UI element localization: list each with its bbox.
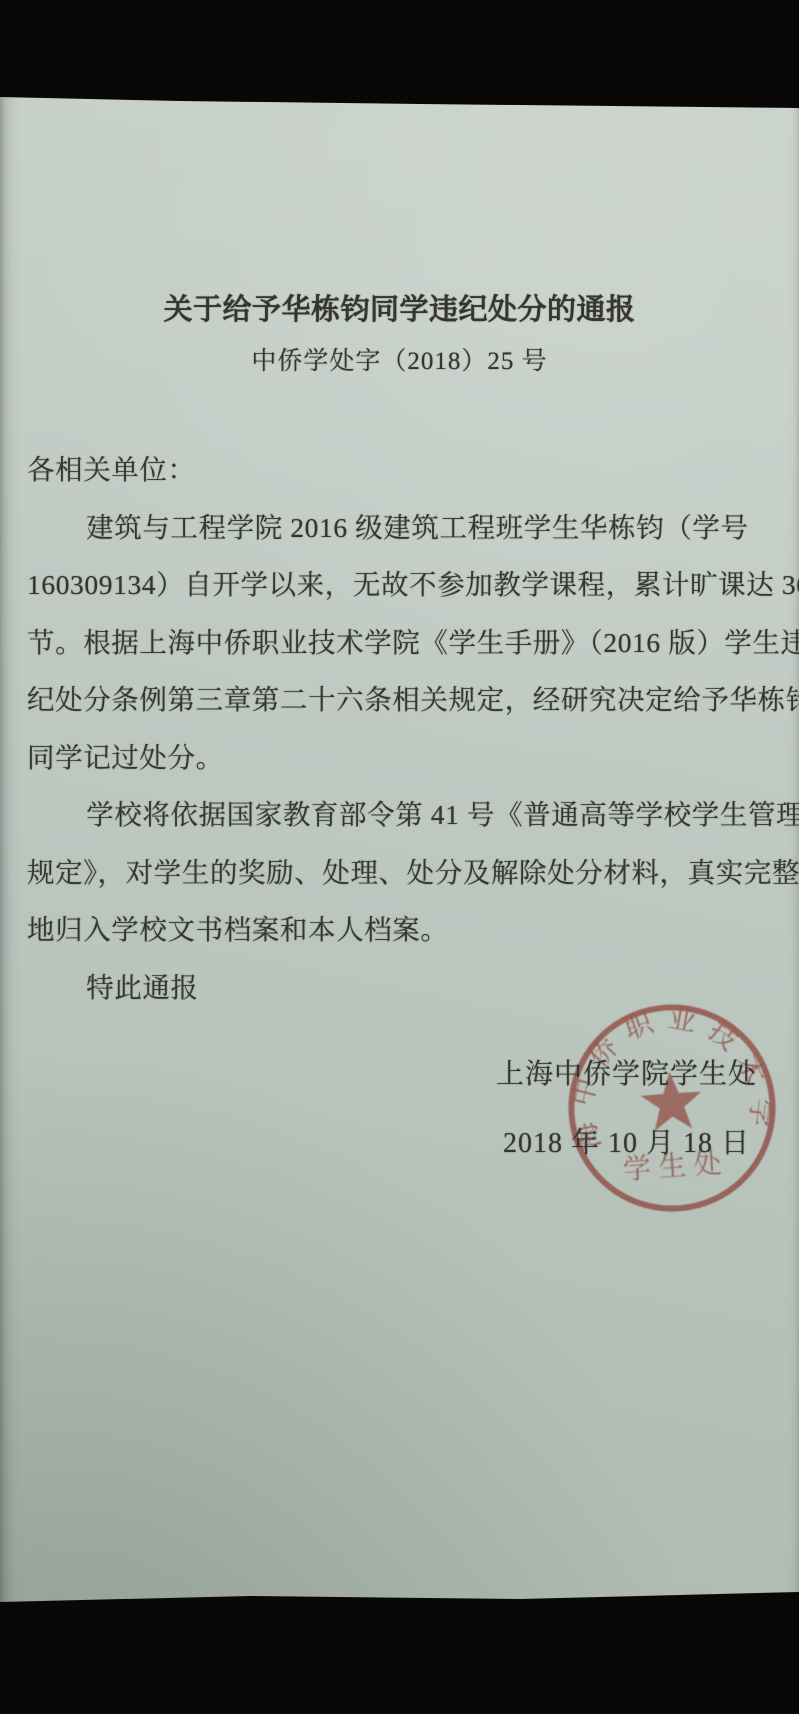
body-line: 纪处分条例第三章第二十六条相关规定，经研究决定给予华栋钧 xyxy=(27,671,773,729)
body-line: 地归入学校文书档案和本人档案。 xyxy=(27,901,773,959)
body-line: 学校将依据国家教育部令第 41 号《普通高等学校学生管理 xyxy=(27,786,773,844)
issuing-department-signature: 上海中侨学院学生处 xyxy=(496,1052,757,1092)
body-line: 节。根据上海中侨职业技术学院《学生手册》（2016 版）学生违 xyxy=(27,614,773,672)
document-paper-sheet: 关于给予华栋钧同学违纪处分的通报 中侨学处字（2018）25 号 各相关单位： … xyxy=(0,0,799,1714)
document-number: 中侨学处字（2018）25 号 xyxy=(0,341,799,377)
document-body: 各相关单位： 建筑与工程学院 2016 级建筑工程班学生华栋钧（学号 16030… xyxy=(27,441,773,1016)
issue-date: 2018 年 10 月 18 日 xyxy=(496,1121,757,1161)
body-line: 160309134）自开学以来，无故不参加教学课程，累计旷课达 36 xyxy=(27,556,773,614)
salutation-line: 各相关单位： xyxy=(27,441,773,499)
body-line: 建筑与工程学院 2016 级建筑工程班学生华栋钧（学号 xyxy=(27,499,773,557)
body-line: 规定》，对学生的奖励、处理、处分及解除处分材料，真实完整 xyxy=(27,844,773,902)
signature-block: 上海中侨学院学生处 2018 年 10 月 18 日 xyxy=(496,1052,757,1161)
body-line: 同学记过处分。 xyxy=(27,729,773,787)
document-title: 关于给予华栋钧同学违纪处分的通报 xyxy=(0,287,799,328)
